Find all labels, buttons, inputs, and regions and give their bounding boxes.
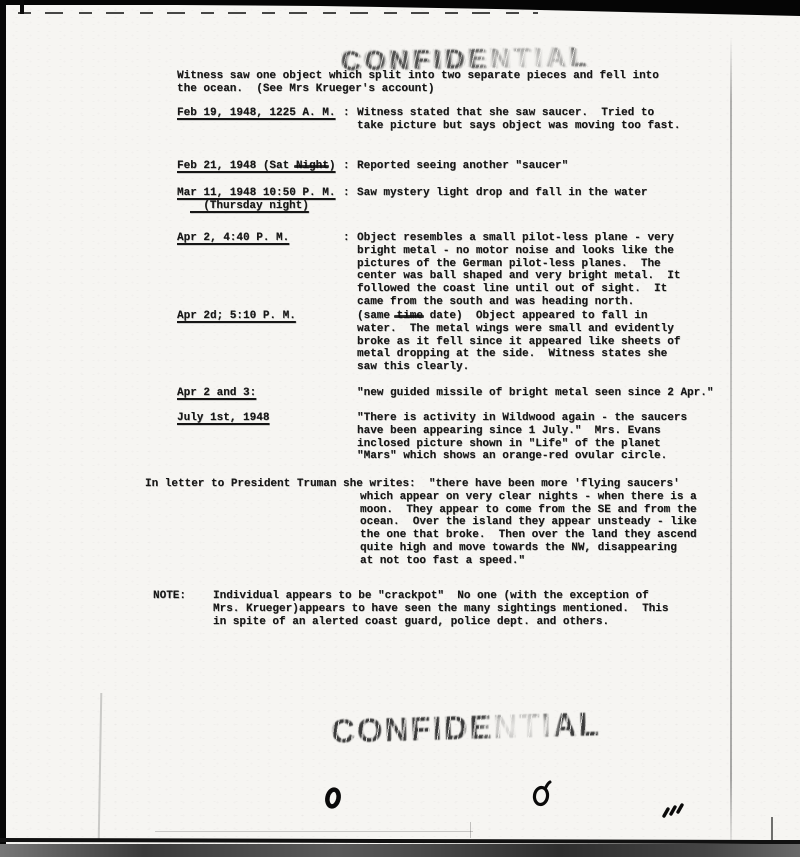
- intro-paragraph: Witness saw one object which split into …: [177, 70, 659, 96]
- faint-bottom-tick-2: [771, 817, 773, 841]
- entry-colon: :: [343, 232, 350, 245]
- scan-edge-left-tick: [20, 0, 24, 14]
- entry-text: (same time date) Object appeared to fall…: [357, 310, 717, 374]
- entry-text: Saw mystery light drop and fall in the w…: [357, 187, 717, 200]
- entry-text: "new guided missile of bright metal seen…: [357, 387, 717, 400]
- entry-date-label: July 1st, 1948: [177, 412, 269, 425]
- entry-text: Witness stated that she saw saucer. Trie…: [357, 107, 717, 133]
- entry-date-label: Apr 2, 4:40 P. M.: [177, 232, 289, 245]
- page-fold-line: [730, 37, 732, 843]
- entry-date-label: Feb 19, 1948, 1225 A. M.: [177, 107, 335, 120]
- scan-edge-top-dashes: [18, 12, 538, 14]
- faint-bottom-tick-1: [470, 822, 471, 838]
- note-label: NOTE:: [153, 590, 186, 603]
- entry-colon: :: [343, 107, 350, 120]
- handwritten-zero-mark-right: [530, 779, 556, 809]
- entry-colon: :: [343, 187, 350, 200]
- overtype-strike-time: [394, 315, 424, 318]
- note-text: Individual appears to be "crackpot" No o…: [213, 590, 668, 628]
- handwritten-corner-mark: [660, 800, 690, 822]
- handwritten-zero-mark-left: [322, 786, 344, 812]
- truman-letter-lead: In letter to President Truman she writes…: [145, 478, 680, 491]
- page-crease: [98, 693, 103, 841]
- scan-edge-bottom-strip: [0, 844, 800, 857]
- entry-text: Reported seeing another "saucer": [357, 160, 717, 173]
- scanned-document-page: CONFIDENTIAL Witness saw one object whic…: [0, 0, 800, 857]
- truman-letter-body: which appear on very clear nights - when…: [360, 491, 697, 568]
- stamp-fade-smudge-bottom: [478, 708, 562, 746]
- entry-date-label: Apr 2 and 3:: [177, 387, 256, 400]
- entry-date-sublabel: (Thursday night): [190, 200, 309, 213]
- entry-date-label: Apr 2d; 5:10 P. M.: [177, 310, 296, 323]
- entry-colon: :: [343, 160, 350, 173]
- entry-text: Object resembles a small pilot-less plan…: [357, 232, 717, 309]
- entry-date-label: Mar 11, 1948 10:50 P. M.: [177, 187, 335, 200]
- entry-text: "There is activity in Wildwood again - t…: [357, 412, 717, 463]
- scan-edge-left: [0, 0, 6, 857]
- faint-bottom-line: [155, 831, 473, 832]
- overtype-strike-night: [294, 165, 329, 168]
